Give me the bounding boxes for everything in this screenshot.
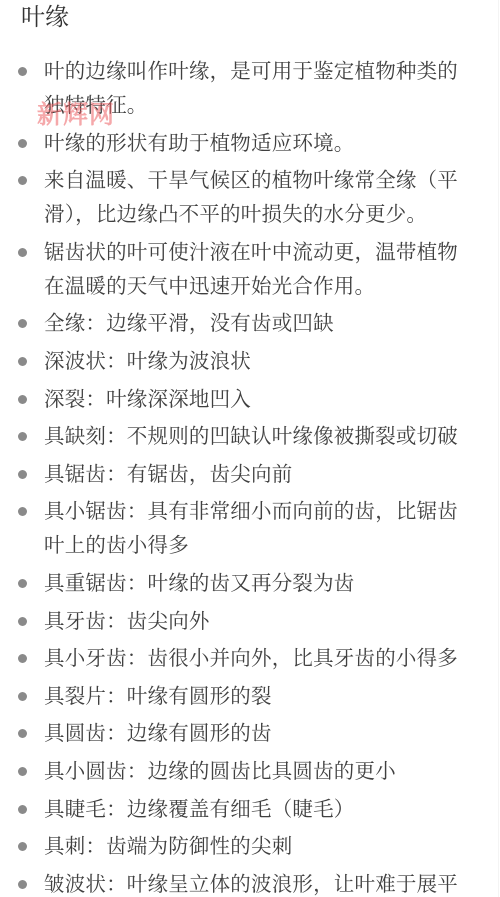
list-item-text: 具小锯齿：具有非常细小而向前的齿，比锯齿叶上的齿小得多 — [44, 499, 458, 557]
list-item: 全缘：边缘平滑，没有齿或凹缺 — [0, 306, 500, 340]
list-item-text: 全缘：边缘平滑，没有齿或凹缺 — [44, 311, 334, 335]
article-page: 叶缘 叶的边缘叫作叶缘，是可用于鉴定植物种类的独特特征。 叶缘的形状有助于植物适… — [0, 0, 500, 897]
list-item-text: 具裂片：叶缘有圆形的裂 — [44, 684, 272, 708]
list-item-text: 具圆齿：边缘有圆形的齿 — [44, 721, 272, 745]
list-item: 具裂片：叶缘有圆形的裂 — [0, 679, 500, 713]
leaf-margin-list: 叶的边缘叫作叶缘，是可用于鉴定植物种类的独特特征。 叶缘的形状有助于植物适应环境… — [0, 54, 500, 897]
bullet-dot-icon — [18, 805, 27, 814]
bullet-dot-icon — [18, 842, 27, 851]
bullet-dot-icon — [18, 357, 27, 366]
list-item-text: 叶缘的形状有助于植物适应环境。 — [44, 131, 355, 155]
list-item: 具小牙齿：齿很小并向外，比具牙齿的小得多 — [0, 641, 500, 675]
list-item-text: 具重锯齿：叶缘的齿又再分裂为齿 — [44, 571, 355, 595]
bullet-dot-icon — [18, 579, 27, 588]
list-item-text: 叶的边缘叫作叶缘，是可用于鉴定植物种类的独特特征。 — [44, 59, 458, 117]
list-item: 具重锯齿：叶缘的齿又再分裂为齿 — [0, 566, 500, 600]
list-item: 具睫毛：边缘覆盖有细毛（睫毛） — [0, 792, 500, 826]
bullet-dot-icon — [18, 139, 27, 148]
list-item: 具小锯齿：具有非常细小而向前的齿，比锯齿叶上的齿小得多 — [0, 494, 500, 562]
bullet-dot-icon — [18, 692, 27, 701]
bullet-dot-icon — [18, 617, 27, 626]
list-item: 具牙齿：齿尖向外 — [0, 604, 500, 638]
right-edge-divider — [498, 0, 499, 897]
bullet-dot-icon — [18, 880, 27, 889]
section-title: 叶缘 — [21, 2, 69, 32]
list-item-text: 具刺：齿端为防御性的尖刺 — [44, 834, 292, 858]
list-item-text: 具睫毛：边缘覆盖有细毛（睫毛） — [44, 797, 355, 821]
list-item-text: 深裂：叶缘深深地凹入 — [44, 387, 251, 411]
list-item-text: 具锯齿：有锯齿，齿尖向前 — [44, 462, 292, 486]
list-item-text: 来自温暖、干旱气候区的植物叶缘常全缘（平滑），比边缘凸不平的叶损失的水分更少。 — [44, 168, 458, 226]
list-item: 具圆齿：边缘有圆形的齿 — [0, 716, 500, 750]
bullet-dot-icon — [18, 432, 27, 441]
bullet-dot-icon — [18, 319, 27, 328]
list-item: 具刺：齿端为防御性的尖刺 — [0, 829, 500, 863]
bullet-dot-icon — [18, 67, 27, 76]
bullet-dot-icon — [18, 654, 27, 663]
bullet-dot-icon — [18, 395, 27, 404]
list-item-text: 具小圆齿：边缘的圆齿比具圆齿的更小 — [44, 759, 396, 783]
list-item: 锯齿状的叶可使汁液在叶中流动更，温带植物在温暖的天气中迅速开始光合作用。 — [0, 235, 500, 303]
list-item: 深裂：叶缘深深地凹入 — [0, 382, 500, 416]
list-item-text: 皱波状：叶缘呈立体的波浪形，让叶难于展平 — [44, 872, 458, 896]
bullet-dot-icon — [18, 176, 27, 185]
list-item-text: 具牙齿：齿尖向外 — [44, 609, 210, 633]
list-item-text: 具缺刻：不规则的凹缺认叶缘像被撕裂或切破 — [44, 424, 458, 448]
list-item: 深波状：叶缘为波浪状 — [0, 344, 500, 378]
bullet-dot-icon — [18, 248, 27, 257]
list-item: 具小圆齿：边缘的圆齿比具圆齿的更小 — [0, 754, 500, 788]
list-item-text: 深波状：叶缘为波浪状 — [44, 349, 251, 373]
bullet-dot-icon — [18, 470, 27, 479]
list-item: 皱波状：叶缘呈立体的波浪形，让叶难于展平 — [0, 867, 500, 897]
bullet-dot-icon — [18, 507, 27, 516]
list-item: 叶缘的形状有助于植物适应环境。 — [0, 126, 500, 160]
list-item: 具缺刻：不规则的凹缺认叶缘像被撕裂或切破 — [0, 419, 500, 453]
list-item: 具锯齿：有锯齿，齿尖向前 — [0, 457, 500, 491]
list-item-text: 具小牙齿：齿很小并向外，比具牙齿的小得多 — [44, 646, 458, 670]
bullet-dot-icon — [18, 767, 27, 776]
list-item-text: 锯齿状的叶可使汁液在叶中流动更，温带植物在温暖的天气中迅速开始光合作用。 — [44, 240, 458, 298]
list-item: 来自温暖、干旱气候区的植物叶缘常全缘（平滑），比边缘凸不平的叶损失的水分更少。 — [0, 163, 500, 231]
list-item: 叶的边缘叫作叶缘，是可用于鉴定植物种类的独特特征。 — [0, 54, 500, 122]
bullet-dot-icon — [18, 729, 27, 738]
